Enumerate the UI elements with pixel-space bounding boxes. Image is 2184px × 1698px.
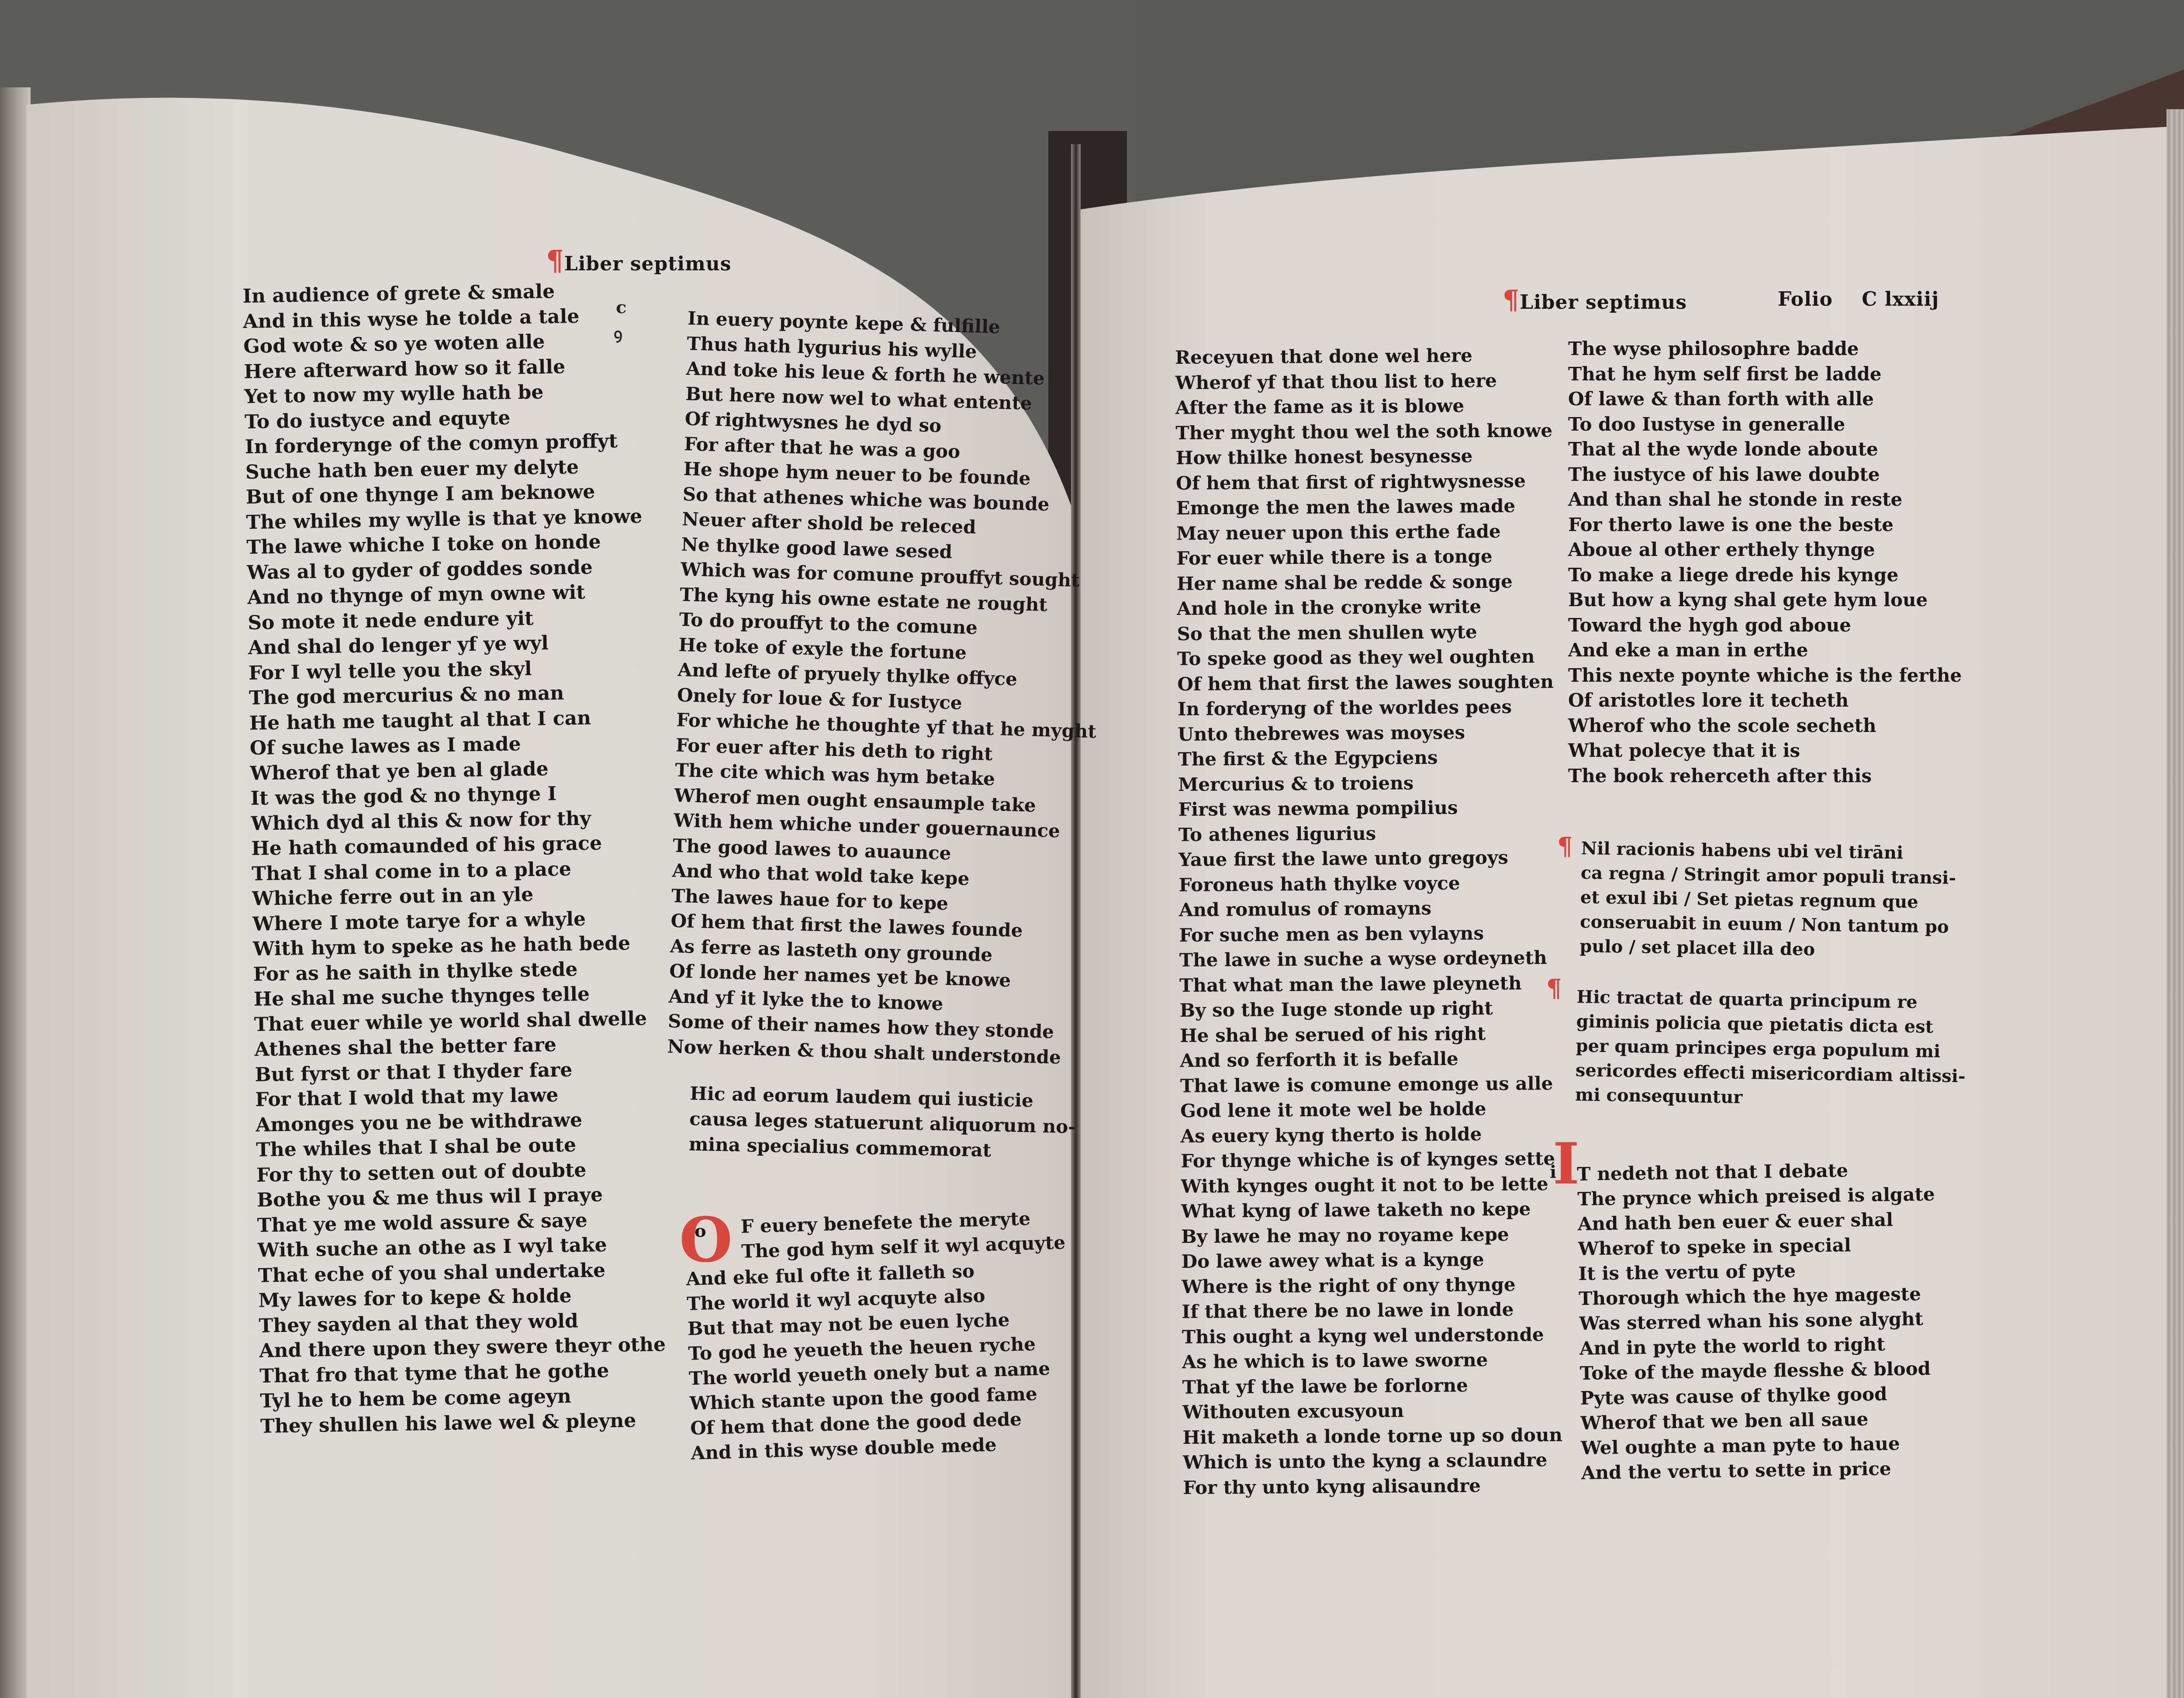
text-line: Wherof yf that thou list to here (1175, 367, 1555, 395)
guide-letter: o (695, 1221, 706, 1241)
left-running-head: ¶Liber septimus (546, 245, 732, 277)
text-line: So that the men shullen wyte (1177, 618, 1557, 646)
text-line: By lawe he may no royame kepe (1181, 1221, 1561, 1249)
text-line: After the fame as it is blowe (1175, 393, 1555, 421)
folio-number: Folio C lxxiij (1778, 288, 1939, 311)
text-line: Of hem that first of rightwysnesse (1176, 468, 1556, 496)
text-line: Toward the hygh god aboue (1568, 613, 1962, 638)
guide-letter: i (1550, 1162, 1556, 1182)
text-line: Receyuen that done wel here (1175, 342, 1555, 370)
rubricated-initial-i: I (1553, 1135, 1579, 1192)
text-line: To speke good as they wel oughten (1177, 644, 1557, 672)
right-page-column-1: Receyuen that done wel hereWherof yf tha… (1175, 342, 1563, 1500)
text-line: Aboue al other erthely thynge (1568, 537, 1962, 563)
text-line: For thy unto kyng alisaundre (1183, 1472, 1563, 1500)
text-line: Yaue first the lawe unto gregoys (1178, 845, 1559, 873)
text-line: The iustyce of his lawe doubte (1568, 462, 1962, 487)
text-line: And the vertu to sette in price (1581, 1456, 1939, 1485)
left-page-edge-stack (0, 87, 31, 1698)
text-line: For euer while there is a tonge (1176, 543, 1556, 571)
text-line: Mercurius & to troiens (1178, 769, 1558, 797)
folio-numeral: C lxxiij (1862, 288, 1939, 311)
text-line: In forderyng of the worldes pees (1178, 694, 1558, 722)
text-line: For suche men as ben vylayns (1179, 920, 1559, 948)
text-line: To make a liege drede his kynge (1568, 563, 1962, 588)
right-fore-edge (2167, 109, 2184, 1698)
left-page-column-2-verse-2: F euery benefete the meryteThe god hym s… (740, 1205, 1066, 1264)
right-running-head: ¶Liber septimus (1503, 285, 1687, 315)
text-line: And so ferforth it is befalle (1180, 1046, 1560, 1073)
text-line: What polecye that it is (1568, 738, 1962, 763)
text-line: Where is the right of ony thynge (1182, 1271, 1562, 1299)
text-line: Her name shal be redde & songe (1177, 568, 1557, 596)
text-line: That he hym self first be ladde (1568, 362, 1962, 387)
text-line: The lawe in suche a wyse ordeyneth (1179, 945, 1559, 973)
text-line: Unto thebrewes was moyses (1178, 719, 1558, 747)
text-line: And hath ben euer & euer shal (1578, 1207, 1935, 1236)
text-line: Emonge the men the lawes made (1176, 493, 1556, 521)
text-line: This nexte poynte whiche is the ferthe (1568, 663, 1962, 688)
text-line: This ought a kyng wel understonde (1182, 1322, 1562, 1349)
text-line: The book reherceth after this (1568, 763, 1962, 789)
text-line: And romulus of romayns (1179, 895, 1559, 923)
right-page-latin-gloss-1: Nil racionis habens ubi vel tirānica reg… (1579, 836, 1956, 964)
text-line: God lene it mote wel be holde (1180, 1096, 1560, 1124)
left-page-column-2-verse: In euery poynte kepe & fulfilleThus hath… (667, 306, 1108, 1070)
left-page-column-1: In audience of grete & smaleAnd in this … (242, 277, 667, 1439)
text-line: As euery kyng therto is holde (1180, 1121, 1560, 1149)
text-line: That al the wyde londe aboute (1568, 437, 1962, 462)
text-line: He shal be serued of his right (1180, 1020, 1560, 1048)
left-page-column-2-verse-2-cont: And eke ful ofte it falleth soThe world … (686, 1256, 1053, 1466)
text-line: Ther myght thou wel the soth knowe (1175, 418, 1555, 445)
text-line: Of aristotles lore it techeth (1568, 688, 1962, 713)
text-line: For thynge whiche is of kynges sette (1181, 1146, 1561, 1174)
rubric-mark-icon: ¶ (1546, 974, 1562, 1003)
text-line: The first & the Egypciens (1178, 744, 1558, 772)
text-line: For therto lawe is one the beste (1568, 512, 1962, 538)
text-line: If that there be no lawe in londe (1182, 1297, 1562, 1325)
rubric-mark-icon: ¶ (1503, 285, 1520, 315)
running-head-title: Liber septimus (1520, 291, 1687, 314)
text-line: Of lawe & than forth with alle (1568, 387, 1962, 412)
left-page-latin-gloss: Hic ad eorum laudem qui iusticiecausa le… (688, 1081, 1076, 1165)
text-line: That yf the lawe be forlorne (1182, 1372, 1562, 1400)
text-line: Pyte was cause of thylke good (1580, 1381, 1938, 1411)
text-line: May neuer upon this erthe fade (1176, 518, 1556, 546)
text-line: As he which is to lawe sworne (1182, 1347, 1562, 1375)
right-page-latin-gloss-2: Hic tractat de quarta principum regimini… (1575, 985, 1967, 1113)
text-line: To athenes ligurius (1178, 819, 1559, 847)
text-line: And hole in the cronyke write (1177, 594, 1557, 621)
text-line: What kyng of lawe taketh no kepe (1181, 1196, 1561, 1224)
text-line: Foroneus hath thylke voyce (1178, 870, 1559, 897)
text-line: That what man the lawe pleyneth (1179, 970, 1559, 998)
text-line: But how a kyng shal gete hym loue (1568, 587, 1962, 613)
text-line: First was newma pompilius (1178, 794, 1558, 822)
text-line: Hit maketh a londe torne up so doun (1182, 1422, 1562, 1450)
text-line: That lawe is comune emonge us alle (1180, 1070, 1560, 1098)
rubric-mark-icon: ¶ (1557, 832, 1573, 861)
text-line: Do lawe awey what is a kynge (1181, 1246, 1561, 1274)
text-line: How thilke honest besynesse (1176, 443, 1556, 471)
text-line: Which is unto the kyng a sclaundre (1183, 1447, 1563, 1475)
right-page-column-2-verse-2: T nedeth not that I debateThe prynce whi… (1577, 1157, 1939, 1485)
text-line: And eke a man in erthe (1568, 638, 1962, 663)
text-line: To doo Iustyse in generalle (1568, 412, 1962, 437)
text-line: And than shal he stonde in reste (1568, 487, 1962, 512)
text-line: Wherof who the scole secheth (1568, 713, 1962, 739)
text-line: Of hem that first the lawes soughten (1177, 669, 1557, 697)
text-line: By so the Iuge stonde up right (1179, 995, 1559, 1023)
text-line: Withouten excusyoun (1182, 1397, 1562, 1425)
folio-label: Folio (1778, 288, 1833, 311)
text-line: With kynges ought it not to be lette (1181, 1171, 1561, 1199)
text-line: The wyse philosophre badde (1568, 336, 1962, 362)
right-page-column-2-verse: The wyse philosophre baddeThat he hym se… (1568, 336, 1962, 788)
running-head-title: Liber septimus (564, 253, 732, 275)
rubric-mark-icon: ¶ (546, 245, 564, 277)
